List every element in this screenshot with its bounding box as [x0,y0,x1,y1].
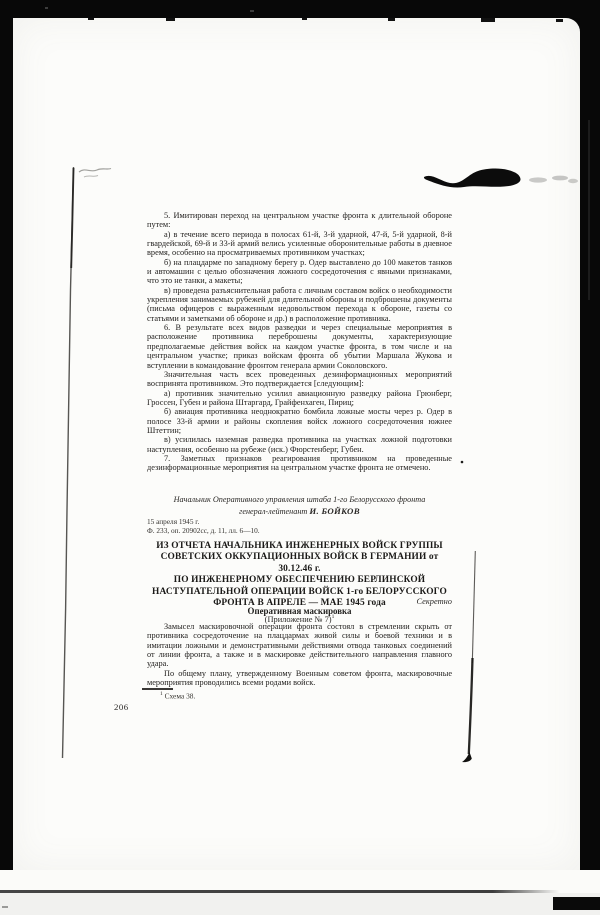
report-paragraph: Значительная часть всех проведенных дези… [147,370,452,389]
report-paragraph: 7. Заметных признаков реагирования проти… [147,454,452,473]
border-scratch [588,120,590,300]
report-paragraph: в) проведена разъяснительная работа с ли… [147,286,452,323]
scan-border-top [0,0,600,18]
edge-speck [388,18,395,21]
report-paragraph: 6. В результате всех видов разведки и че… [147,323,452,370]
report-paragraph: в) усилилась наземная разведка противник… [147,435,452,454]
report-paragraph: б) авиация противника неоднократно бомби… [147,407,452,435]
next-report-body-text: Замысел маскировочной операции фронта со… [147,622,452,687]
edge-speck [302,18,307,20]
page-number: 206 [114,702,129,712]
report-paragraph: 5. Имитирован переход на центральном уча… [147,211,452,230]
edge-speck [481,18,495,22]
scan-border-left [0,18,13,870]
border-noise-speck [45,7,48,9]
scan-table-edge-line [0,890,560,893]
signature-name: И. БОЙКОВ [309,506,360,516]
archive-reference: Ф. 233, оп. 20902сс, д. 11, лл. 6—10. [147,526,260,535]
report-title-line: ПО ИНЖЕНЕРНОМУ ОБЕСПЕЧЕНИЮ БЕРЛИНСКОЙ [147,575,452,586]
appendix-footnote-marker: 1 [332,614,335,620]
border-noise-speck [250,10,254,12]
report-paragraph: а) в течение всего периода в полосах 61-… [147,230,452,258]
signature-position: Начальник Оперативного управления штаба … [133,495,466,504]
scan-bottom-dash-mark [2,906,8,908]
signature-line: генерал-лейтенант И. БОЙКОВ [133,506,466,516]
scan-border-right [580,18,600,870]
report-title-line: СОВЕТСКИХ ОККУПАЦИОННЫХ ВОЙСК В ГЕРМАНИИ… [147,552,452,575]
edge-speck [88,18,94,20]
edge-speck [556,19,563,22]
document-page: 5. Имитирован переход на центральном уча… [13,18,580,870]
report-paragraph: Замысел маскировочной операции фронта со… [147,622,452,669]
classification-stamp: Секретно [147,597,452,606]
scan-bottom-gray-zone [0,893,600,915]
footnote-rule [142,688,173,690]
signature-rank: генерал-лейтенант [239,507,307,516]
footnote-text: Схема 38. [165,691,196,700]
report-title-line: ИЗ ОТЧЕТА НАЧАЛЬНИКА ИНЖЕНЕРНЫХ ВОЙСК ГР… [147,541,452,552]
document-date: 15 апреля 1945 г. [147,517,199,526]
footnote-marker: 1 [160,691,163,697]
scanned-archive-page: { "report_end": { "paragraphs": [ "5. Им… [0,0,600,915]
report-body-text: 5. Имитирован переход на центральном уча… [147,211,452,473]
report-paragraph: По общему плану, утвержденному Военным с… [147,669,452,688]
edge-speck [166,18,175,21]
report-paragraph: б) на плацдарме по западному берегу р. О… [147,258,452,286]
report-paragraph: а) противник значительно усилил авиацион… [147,389,452,408]
footnote: 1 Схема 38. [160,691,195,700]
scan-corner-black-patch [553,897,600,910]
